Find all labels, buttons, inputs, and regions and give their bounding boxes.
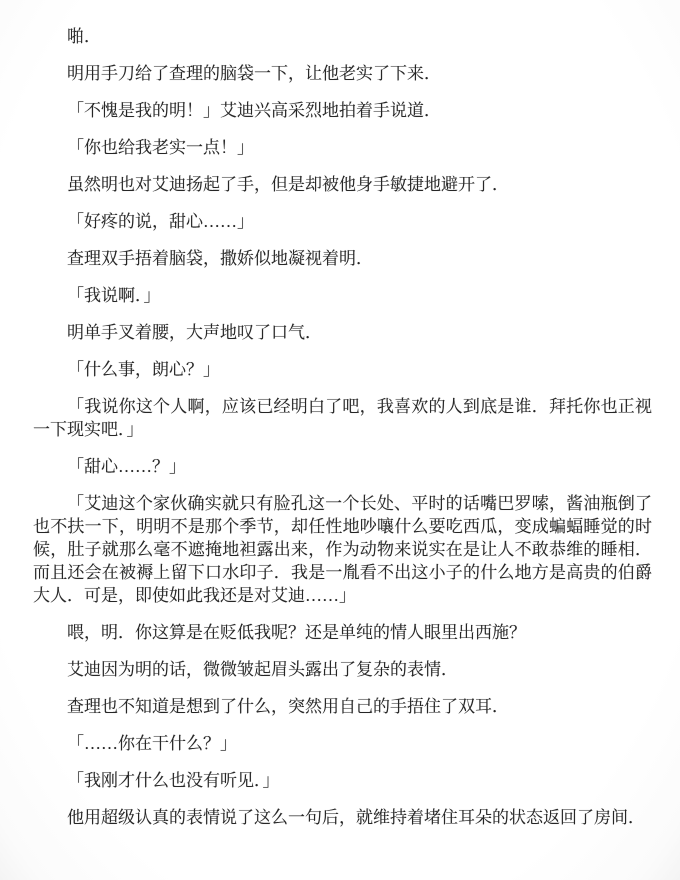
paragraph-10: 「我说你这个人啊，应该已经明白了吧，我喜欢的人到底是谁．拜托你也正视一下现实吧．… [33, 395, 652, 441]
paragraph-15: 查理也不知道是想到了什么，突然用自己的手捂住了双耳． [33, 695, 652, 718]
paragraph-14: 艾迪因为明的话，微微皱起眉头露出了复杂的表情． [33, 658, 652, 681]
document-page: 啪． 明用手刀给了查理的脑袋一下，让他老实了下来． 「不愧是我的明！」艾迪兴高采… [0, 0, 680, 880]
paragraph-3: 「你也给我老实一点！」 [33, 136, 652, 159]
paragraph-8: 明单手叉着腰，大声地叹了口气． [33, 321, 652, 344]
paragraph-17: 「我刚才什么也没有听见．」 [33, 769, 652, 792]
paragraph-11: 「甜心……？」 [33, 455, 652, 478]
paragraph-0: 啪． [33, 25, 652, 48]
paragraph-5: 「好疼的说，甜心……」 [33, 210, 652, 233]
paragraph-2: 「不愧是我的明！」艾迪兴高采烈地拍着手说道． [33, 99, 652, 122]
paragraph-1: 明用手刀给了查理的脑袋一下，让他老实了下来． [33, 62, 652, 85]
paragraph-18: 他用超级认真的表情说了这么一句后，就维持着堵住耳朵的状态返回了房间． [33, 806, 652, 829]
paragraph-4: 虽然明也对艾迪扬起了手，但是却被他身手敏捷地避开了． [33, 173, 652, 196]
paragraph-16: 「……你在干什么？」 [33, 732, 652, 755]
paragraph-7: 「我说啊．」 [33, 284, 652, 307]
paragraph-9: 「什么事，朗心？」 [33, 358, 652, 381]
paragraph-13: 喂，明．你这算是在贬低我呢？还是单纯的情人眼里出西施？ [33, 621, 652, 644]
paragraph-12: 「艾迪这个家伙确实就只有脸孔这一个长处、平时的话嘴巴罗嗦，酱油瓶倒了也不扶一下，… [33, 492, 652, 607]
paragraph-6: 查理双手捂着脑袋，撒娇似地凝视着明． [33, 247, 652, 270]
